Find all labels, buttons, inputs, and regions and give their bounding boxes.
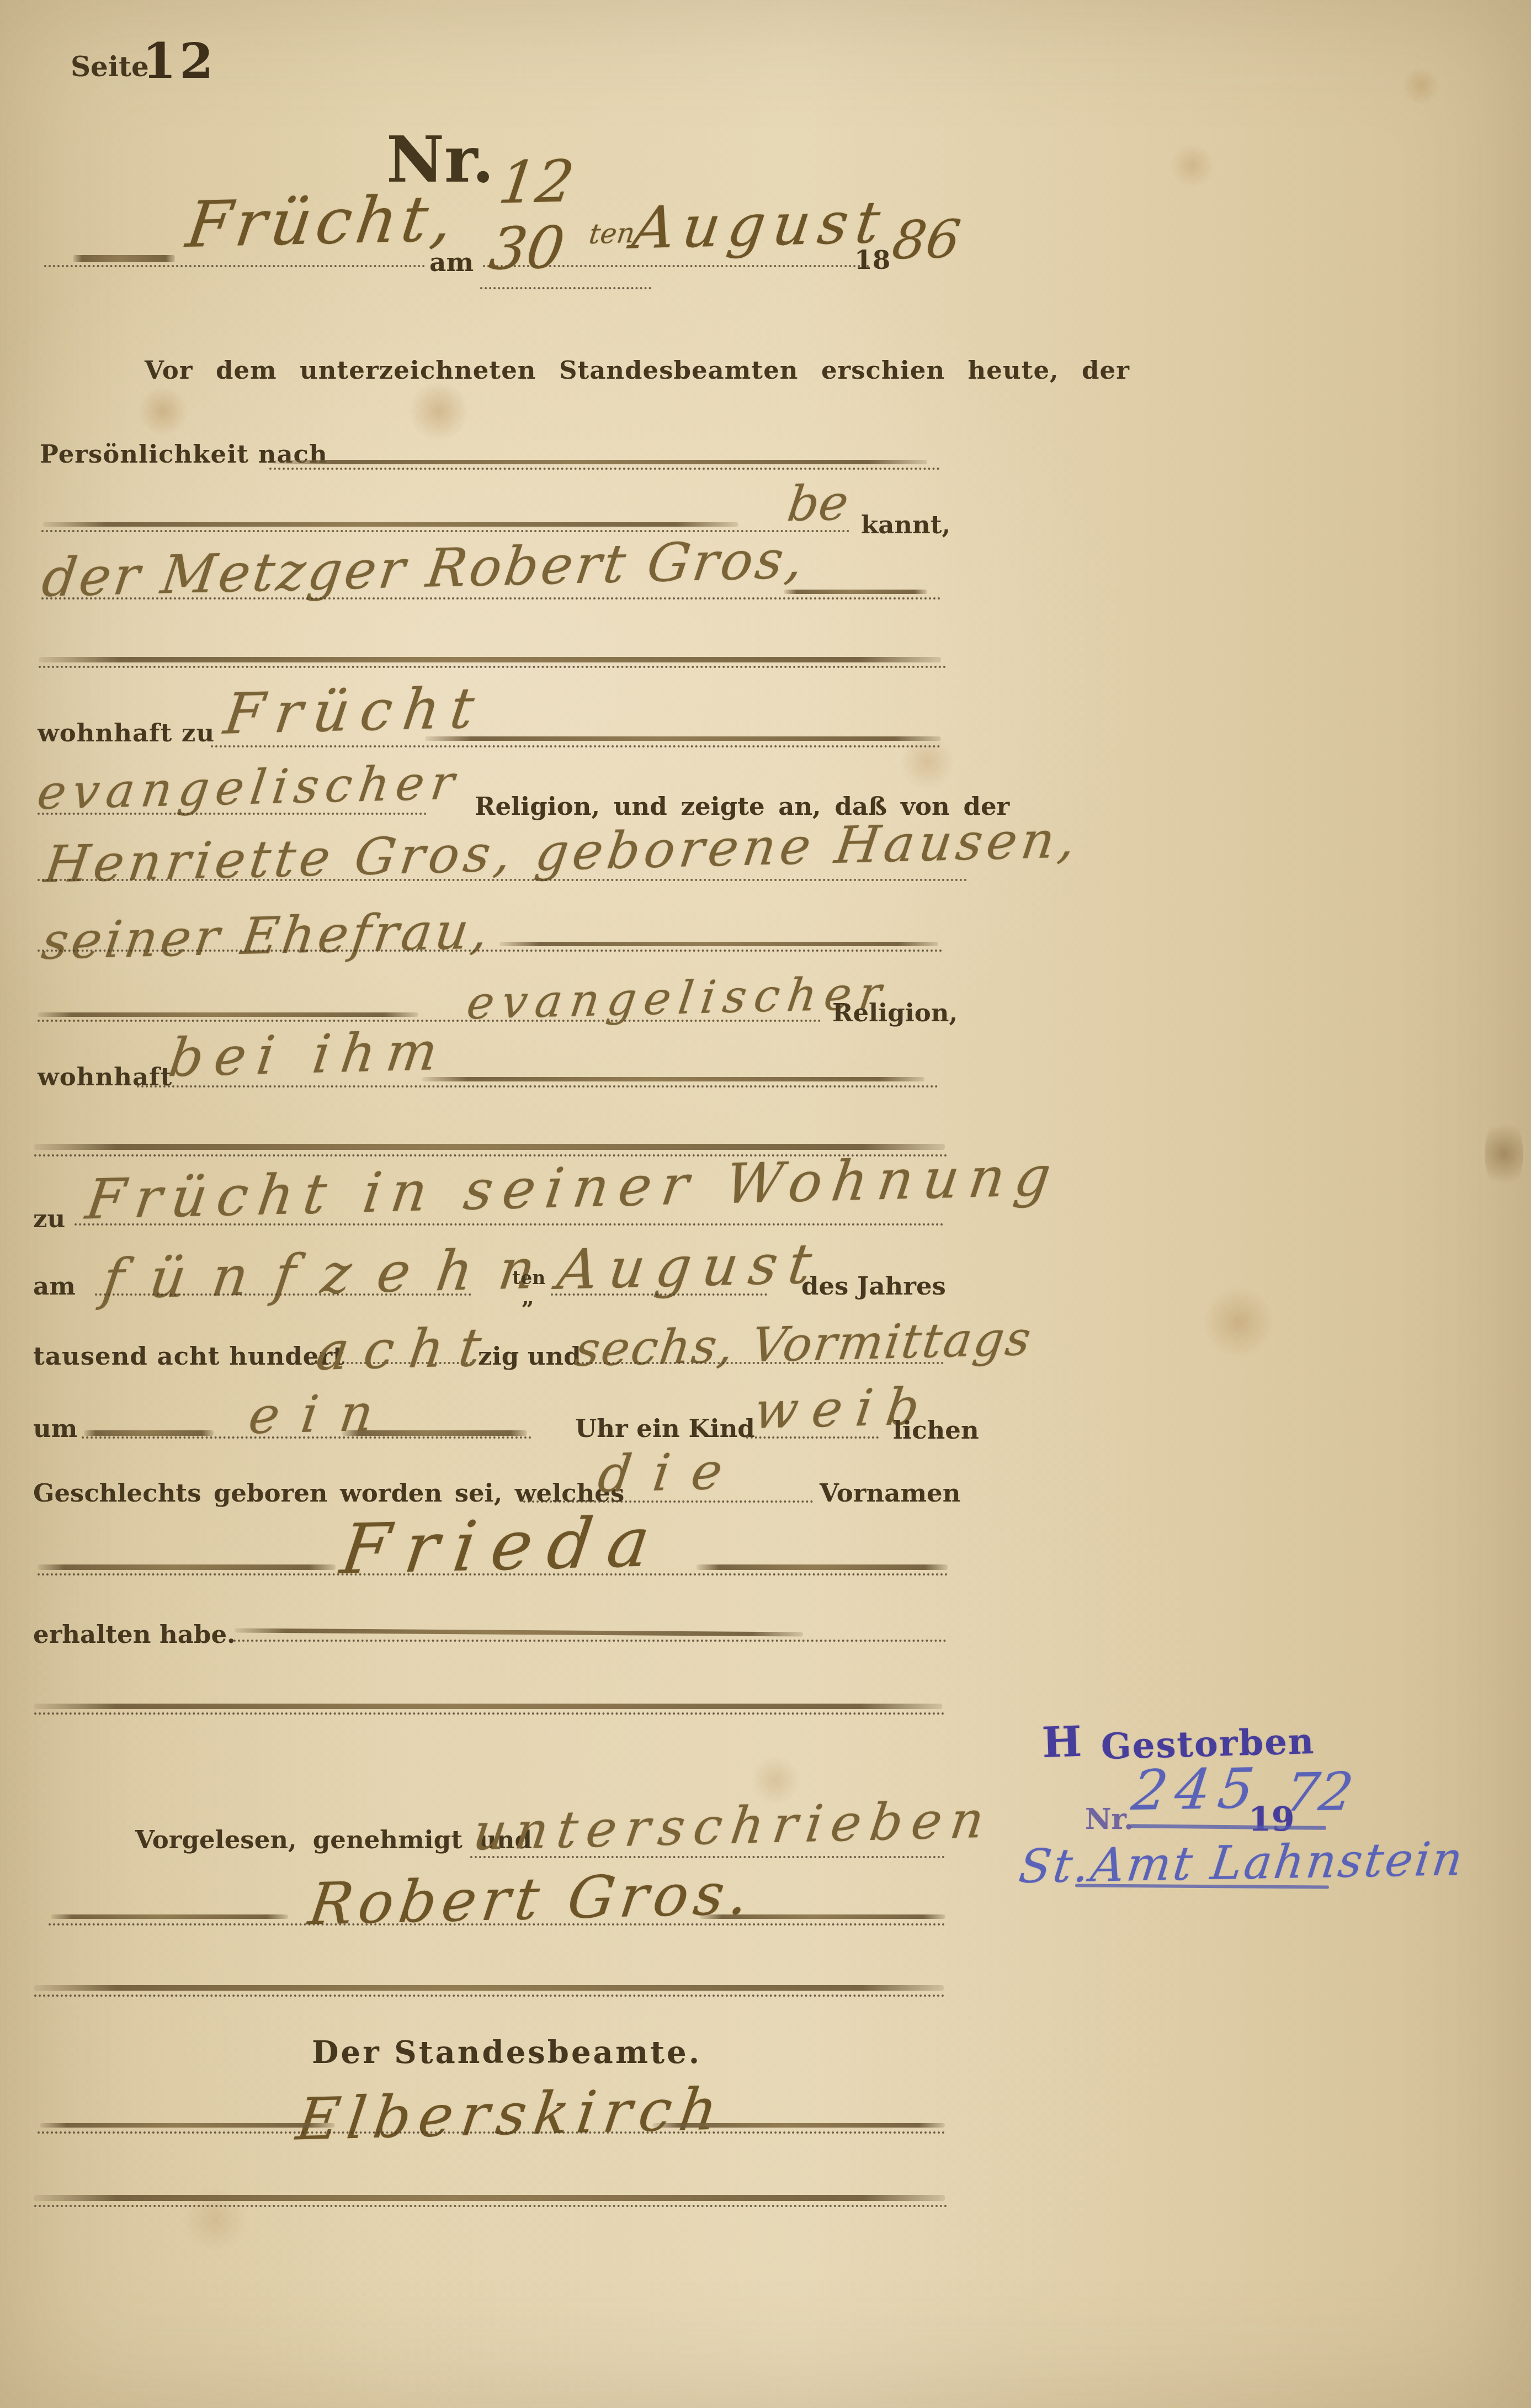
foxing-spot	[408, 381, 469, 442]
dateline-century: 18	[854, 247, 890, 273]
ink-stroke	[39, 657, 941, 662]
mother-religion-printed: Religion,	[832, 1000, 958, 1025]
birthdate-am-label: am	[33, 1274, 76, 1298]
stamp-year-handwritten: 72	[1283, 1766, 1356, 1820]
ink-stroke	[34, 1144, 945, 1150]
ink-stroke	[422, 1077, 924, 1081]
ink-stroke	[235, 1628, 803, 1636]
stamp-office-handwritten: St.Amt Lahnstein	[1017, 1836, 1468, 1890]
ink-stroke	[40, 2123, 335, 2128]
dotted-rule	[38, 813, 427, 815]
declarant-residence: Frücht	[221, 680, 488, 742]
foxing-spot	[1485, 1115, 1523, 1192]
time-uhr-label: Uhr ein Kind	[575, 1416, 755, 1441]
dotted-rule	[41, 597, 941, 600]
ink-stroke	[38, 1012, 418, 1017]
dotted-rule	[211, 745, 940, 747]
ink-stroke	[273, 460, 927, 464]
dotted-rule	[34, 1712, 945, 1715]
dotted-rule	[573, 1362, 944, 1364]
dotted-rule	[229, 1640, 947, 1642]
dotted-rule	[269, 468, 940, 470]
birthdate-year-intro: des Jahres	[801, 1274, 946, 1298]
dotted-rule	[38, 879, 967, 881]
foxing-spot	[1203, 1286, 1275, 1358]
stamp-nr-label: Nr.	[1085, 1805, 1134, 1834]
unterschrieben-handwritten: unterschrieben	[470, 1795, 996, 1858]
time-um-label: um	[33, 1416, 77, 1441]
ink-stroke	[38, 1564, 336, 1570]
dotted-rule	[137, 1085, 938, 1088]
dotted-rule	[470, 1856, 945, 1858]
ink-stroke	[34, 1985, 944, 1991]
ink-stroke	[700, 1914, 945, 1919]
dotted-rule	[480, 287, 651, 289]
mother-relation: seiner Ehefrau,	[39, 905, 494, 967]
known-handwritten: be	[785, 479, 852, 529]
ink-stroke	[425, 736, 941, 741]
mother-religion: evangelischer	[464, 971, 891, 1027]
foxing-spot	[1402, 66, 1440, 105]
dateline-day-suffix: ten	[588, 219, 637, 248]
foxing-spot	[1170, 144, 1214, 188]
erhalten-label: erhalten habe.	[33, 1622, 236, 1647]
dateline-am-label: am	[429, 250, 474, 275]
official-title: Der Standesbeamte.	[312, 2037, 701, 2068]
dotted-rule	[34, 2205, 948, 2207]
dotted-rule	[34, 1995, 945, 1997]
intro-appeared-line: Vor dem unterzeichneten Standesbeamten e…	[145, 358, 1130, 383]
ink-stroke	[342, 1430, 527, 1436]
foxing-spot	[900, 734, 955, 789]
birthplace-value: Frücht in seiner Wohnung	[83, 1149, 1064, 1228]
ink-stroke	[697, 1564, 948, 1570]
quote-mark: „	[522, 1286, 534, 1308]
dateline-year: 86	[889, 214, 963, 268]
ink-stroke	[652, 2123, 945, 2128]
ink-stroke	[43, 522, 738, 527]
page-number: 12	[142, 36, 216, 85]
vornamen-label: Vornamen	[820, 1481, 960, 1505]
official-signature: Elberskirch	[294, 2081, 729, 2149]
dateline-day: 30	[486, 219, 568, 278]
birthdate-day: fünfzehn	[99, 1241, 565, 1307]
mother-residence: bei ihm	[166, 1025, 452, 1084]
dotted-rule	[95, 1293, 471, 1296]
year-decade-handwritten: acht	[313, 1320, 499, 1378]
dotted-rule	[551, 1293, 767, 1296]
page-label: Seite	[71, 53, 149, 81]
ink-stroke	[34, 2195, 945, 2201]
declarant-entry: der Metzger Robert Gros,	[39, 533, 809, 604]
dateline-place: Frücht,	[183, 187, 460, 257]
ink-stroke	[51, 1914, 288, 1919]
dotted-rule	[38, 1573, 948, 1576]
dotted-rule	[746, 1436, 879, 1439]
dateline-month: August	[629, 193, 891, 257]
dotted-rule	[75, 1223, 944, 1226]
foxing-spot	[138, 386, 188, 436]
sex-suffix-printed: lichen	[893, 1418, 979, 1442]
birthplace-zu-label: zu	[33, 1206, 65, 1231]
register-page: Seite 12 Nr. 12 Frücht, am 30 ten August…	[0, 0, 1531, 2408]
stamp-letter-h: H	[1041, 1721, 1082, 1764]
ink-stroke	[84, 1430, 214, 1436]
dotted-rule	[82, 1436, 531, 1439]
dotted-rule	[38, 2131, 945, 2134]
year-rest-handwritten: sechs, Vormittags	[572, 1315, 1035, 1373]
declarant-religion: evangelischer	[35, 759, 464, 817]
dotted-rule	[49, 1923, 945, 1926]
ink-stroke	[34, 1704, 942, 1709]
record-number-value: 12	[496, 152, 577, 212]
year-zig-und-printed: zig und	[478, 1344, 581, 1369]
ink-stroke	[73, 255, 175, 262]
declarant-wohnhaft-label: wohnhaft zu	[38, 720, 215, 745]
known-printed: kannt,	[861, 512, 950, 537]
article-handwritten: die	[595, 1446, 747, 1500]
dotted-rule	[39, 666, 947, 668]
birthdate-month: August	[554, 1236, 826, 1298]
ink-stroke	[499, 942, 938, 946]
dotted-rule	[38, 950, 943, 952]
ink-stroke	[784, 590, 927, 594]
stamp-number-handwritten: 245	[1129, 1761, 1265, 1818]
blue-underline	[1130, 1824, 1326, 1830]
dotted-rule	[44, 265, 425, 267]
year-prefix-printed: tausend acht hundert	[33, 1344, 345, 1369]
